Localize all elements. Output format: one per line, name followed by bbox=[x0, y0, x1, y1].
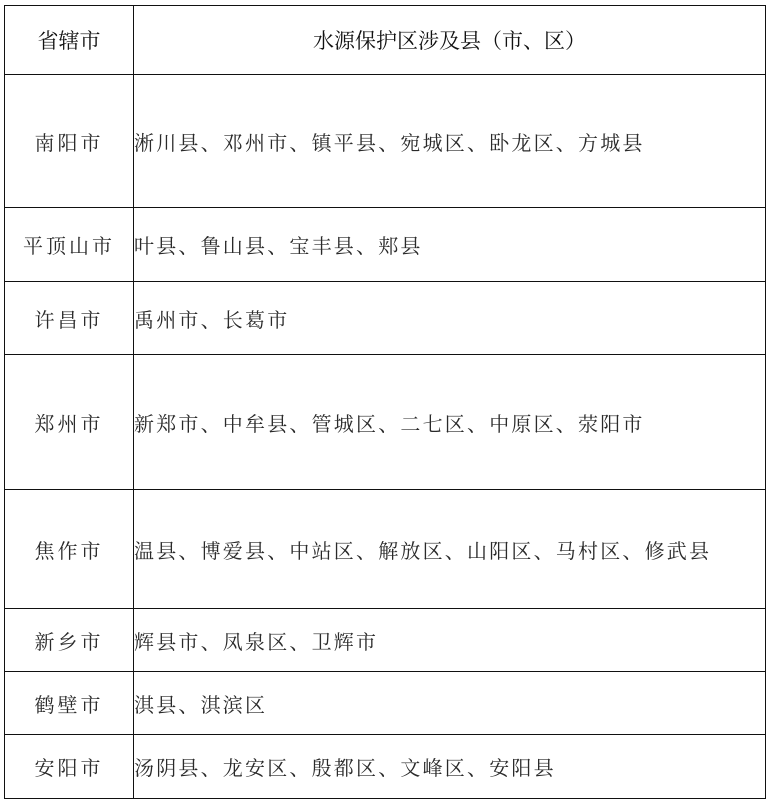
header-city: 省辖市 bbox=[5, 6, 134, 75]
table-row: 焦作市 温县、博爱县、中站区、解放区、山阳区、马村区、修武县 bbox=[5, 490, 766, 609]
water-source-protection-table: 省辖市 水源保护区涉及县（市、区） 南阳市 淅川县、邓州市、镇平县、宛城区、卧龙… bbox=[4, 5, 766, 799]
city-cell: 许昌市 bbox=[5, 282, 134, 355]
city-cell: 郑州市 bbox=[5, 355, 134, 490]
areas-cell: 禹州市、长葛市 bbox=[134, 282, 766, 355]
table-row: 平顶山市 叶县、鲁山县、宝丰县、郏县 bbox=[5, 208, 766, 282]
table-row: 许昌市 禹州市、长葛市 bbox=[5, 282, 766, 355]
areas-cell: 淇县、淇滨区 bbox=[134, 672, 766, 735]
areas-cell: 辉县市、凤泉区、卫辉市 bbox=[134, 609, 766, 672]
areas-cell: 温县、博爱县、中站区、解放区、山阳区、马村区、修武县 bbox=[134, 490, 766, 609]
table-row: 南阳市 淅川县、邓州市、镇平县、宛城区、卧龙区、方城县 bbox=[5, 75, 766, 208]
city-cell: 鹤壁市 bbox=[5, 672, 134, 735]
header-areas: 水源保护区涉及县（市、区） bbox=[134, 6, 766, 75]
areas-cell: 汤阴县、龙安区、殷都区、文峰区、安阳县 bbox=[134, 735, 766, 799]
city-cell: 新乡市 bbox=[5, 609, 134, 672]
areas-cell: 叶县、鲁山县、宝丰县、郏县 bbox=[134, 208, 766, 282]
city-cell: 安阳市 bbox=[5, 735, 134, 799]
table-row: 安阳市 汤阴县、龙安区、殷都区、文峰区、安阳县 bbox=[5, 735, 766, 799]
header-row: 省辖市 水源保护区涉及县（市、区） bbox=[5, 6, 766, 75]
table-row: 郑州市 新郑市、中牟县、管城区、二七区、中原区、荥阳市 bbox=[5, 355, 766, 490]
city-cell: 焦作市 bbox=[5, 490, 134, 609]
city-cell: 平顶山市 bbox=[5, 208, 134, 282]
city-cell: 南阳市 bbox=[5, 75, 134, 208]
table-row: 新乡市 辉县市、凤泉区、卫辉市 bbox=[5, 609, 766, 672]
areas-cell: 淅川县、邓州市、镇平县、宛城区、卧龙区、方城县 bbox=[134, 75, 766, 208]
areas-cell: 新郑市、中牟县、管城区、二七区、中原区、荥阳市 bbox=[134, 355, 766, 490]
table-row: 鹤壁市 淇县、淇滨区 bbox=[5, 672, 766, 735]
